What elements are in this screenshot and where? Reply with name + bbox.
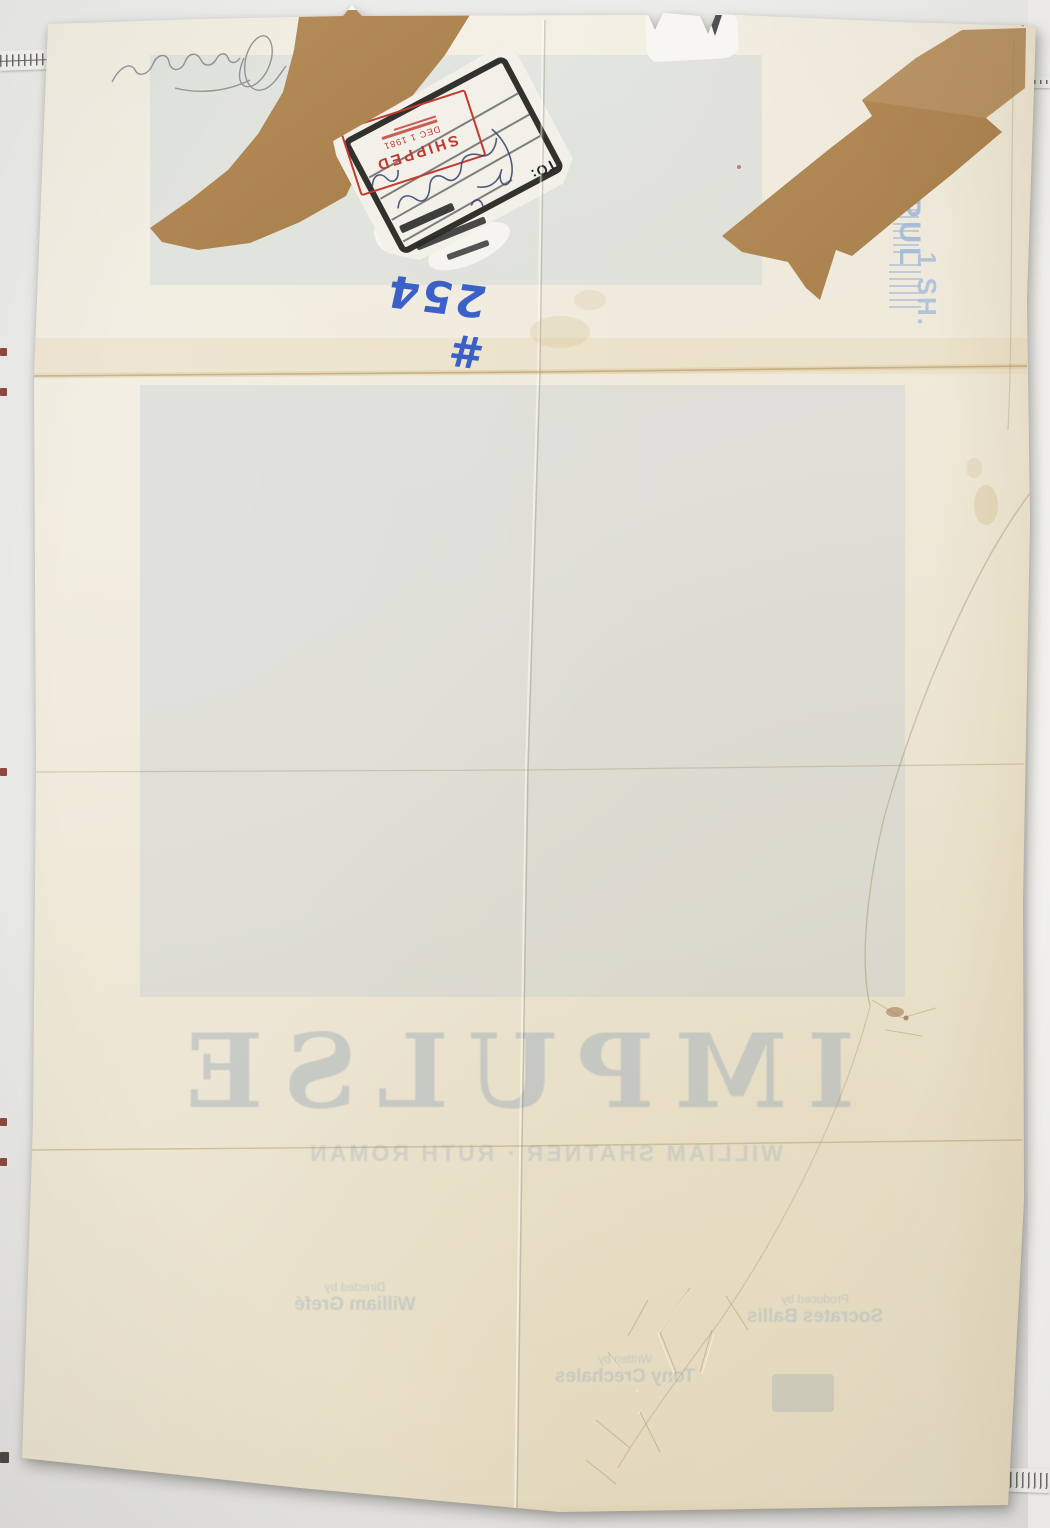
tear-notch-dark xyxy=(708,15,722,36)
crumple-cluster-highlight xyxy=(610,1292,714,1414)
fold-crease-h3 xyxy=(30,1140,1022,1150)
red-speck xyxy=(737,165,741,169)
center-fold-highlight xyxy=(515,20,543,1512)
poster-back: IMPUL 1 SH. IMPULSE WILLIAM SHATNER · RU… xyxy=(0,0,1050,1528)
photo-of-poster-back: IMPUL 1 SH. IMPULSE WILLIAM SHATNER · RU… xyxy=(0,0,1050,1528)
diagonal-wrinkle-lower xyxy=(618,1006,870,1468)
brown-stain xyxy=(886,1007,904,1017)
fold-crease-h2 xyxy=(36,764,1024,772)
poster-shadow: IMPUL 1 SH. IMPULSE WILLIAM SHATNER · RU… xyxy=(0,0,1050,1528)
creases-and-stains xyxy=(0,0,1050,1528)
yellow-stain-top xyxy=(530,316,590,348)
showthrough-border-line xyxy=(48,13,162,15)
brown-stain-dot xyxy=(904,1016,909,1021)
yellow-stain-right2 xyxy=(966,458,982,478)
edge-nick-dark xyxy=(1014,22,1024,25)
diagonal-wrinkle-upper xyxy=(865,492,1031,1006)
yellow-stain-right xyxy=(974,485,998,525)
right-edge-crease xyxy=(1008,40,1014,430)
yellow-stain-top2 xyxy=(574,290,606,310)
crumple-cluster xyxy=(586,1288,748,1484)
